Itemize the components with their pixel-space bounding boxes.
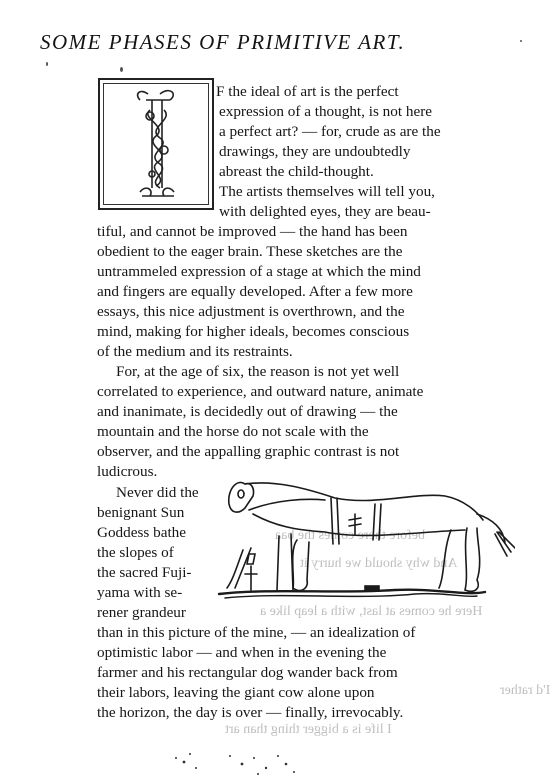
text-line: and fingers are equally developed. After…: [97, 282, 413, 302]
text-line: than in this picture of the mine, — an i…: [97, 623, 415, 643]
text-line: correlated to experience, and outward na…: [97, 382, 423, 402]
speck: [46, 62, 48, 66]
text-line: Goddess bathe: [97, 523, 186, 543]
illuminated-initial-icon: [100, 80, 216, 212]
text-line: of the medium and its restraints.: [97, 342, 293, 362]
text-line: untrammeled expression of a stage at whi…: [97, 262, 421, 282]
running-head: SOME PHASES OF PRIMITIVE ART.: [40, 30, 500, 55]
text-line: and inanimate, is decidedly out of drawi…: [97, 402, 398, 422]
text-line: ludicrous.: [97, 462, 157, 482]
text-line: Never did the: [116, 483, 199, 503]
text-line: essays, this nice adjustment is overthro…: [97, 302, 405, 322]
page-stain-dots: [170, 750, 370, 780]
text-line: mountain and the horse do not scale with…: [97, 422, 369, 442]
text-line: farmer and his rectangular dog wander ba…: [97, 663, 398, 683]
text-line: abreast the child-thought.: [219, 162, 374, 182]
text-line: drawings, they are undoubtedly: [219, 142, 410, 162]
text-line: their labors, leaving the giant cow alon…: [97, 683, 375, 703]
text-line: optimistic labor — and when in the eveni…: [97, 643, 386, 663]
text-line: obedient to the eager brain. These sketc…: [97, 242, 402, 262]
text-line: expression of a thought, is not here: [219, 102, 432, 122]
text-line: benignant Sun: [97, 503, 184, 523]
book-page: SOME PHASES OF PRIMITIVE ART. F the idea…: [0, 0, 560, 782]
text-line: yama with se-: [97, 583, 182, 603]
text-line: F the ideal of art is the perfect: [216, 82, 399, 102]
text-line: the horizon, the day is over — finally, …: [97, 703, 403, 723]
text-line: the sacred Fuji-: [97, 563, 191, 583]
text-line: the slopes of: [97, 543, 174, 563]
text-line: mind, making for higher ideals, becomes …: [97, 322, 409, 342]
text-line: tiful, and cannot be improved — the hand…: [97, 222, 407, 242]
text-line: rener grandeur: [97, 603, 186, 623]
bleed-through-text: I life is a bigger thing than art: [225, 722, 392, 738]
cow-drawing-illustration: [215, 470, 515, 620]
drop-cap-ornament: [98, 78, 214, 210]
bleed-through-text: I'd rather: [500, 683, 550, 699]
text-line: The artists themselves will tell you,: [219, 182, 435, 202]
text-line: For, at the age of six, the reason is no…: [116, 362, 399, 382]
text-line: observer, and the appalling graphic cont…: [97, 442, 399, 462]
speck: [120, 67, 123, 72]
text-line: with delighted eyes, they are beau-: [219, 202, 431, 222]
speck: [520, 40, 522, 42]
text-line: a perfect art? — for, crude as are the: [219, 122, 441, 142]
